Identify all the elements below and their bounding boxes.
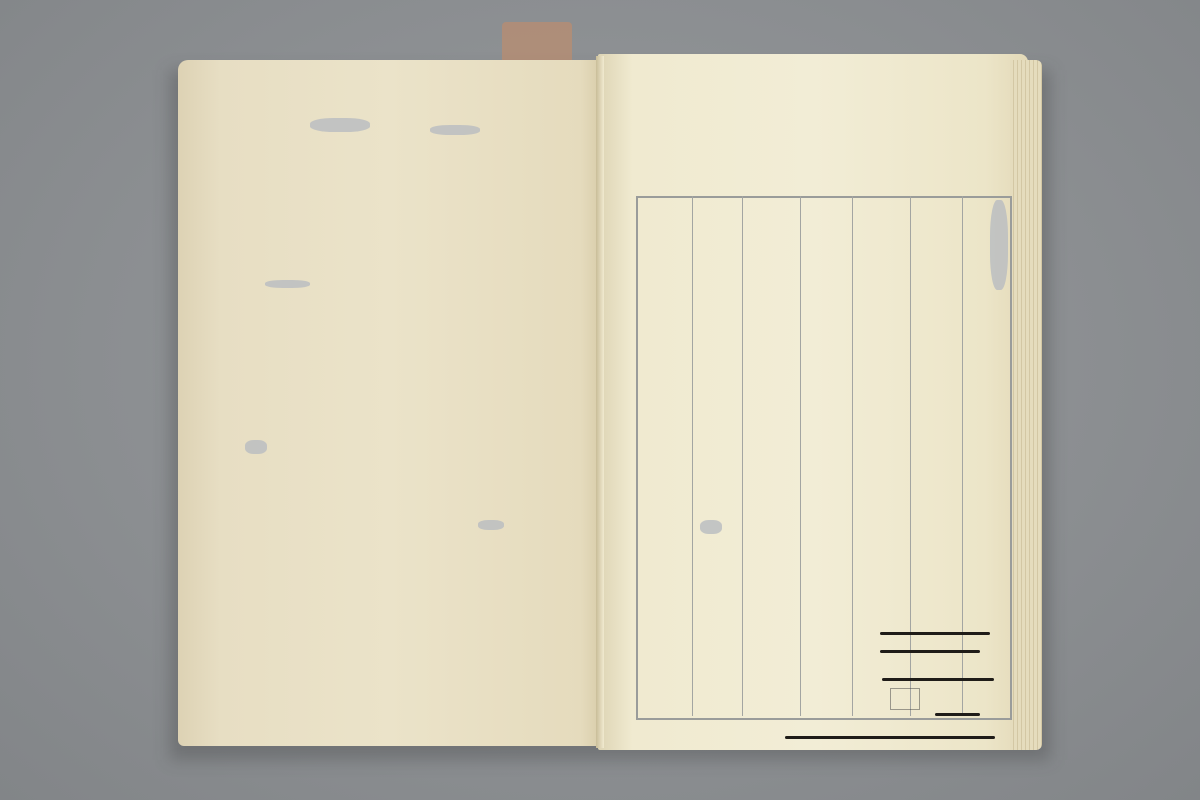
column-rule: [852, 196, 853, 716]
ink-smudge: [890, 688, 920, 710]
column-rule: [962, 196, 963, 716]
ink-stroke: [880, 650, 980, 653]
column-rule: [742, 196, 743, 716]
ink-stroke: [882, 678, 994, 681]
worm-damage: [478, 520, 504, 530]
worm-damage: [245, 440, 267, 454]
column-rule: [800, 196, 801, 716]
worm-damage: [265, 280, 310, 288]
ink-stroke: [935, 713, 980, 716]
page-edges: [1010, 60, 1042, 750]
ink-stroke: [880, 632, 990, 635]
worm-damage: [430, 125, 480, 135]
ink-stroke: [785, 736, 995, 739]
column-rule: [692, 196, 693, 716]
left-page: [178, 60, 602, 746]
book-spine: [596, 56, 604, 748]
column-rule: [910, 196, 911, 716]
worm-damage: [310, 118, 370, 132]
